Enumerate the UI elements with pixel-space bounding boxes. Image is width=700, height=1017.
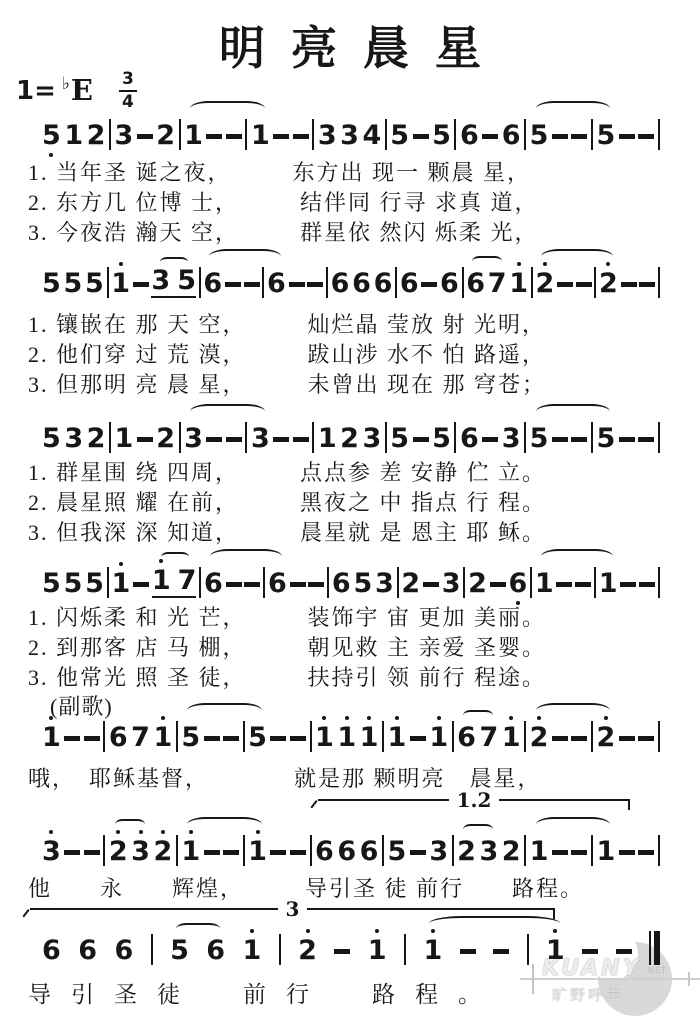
volta-line bbox=[307, 908, 555, 910]
barline bbox=[658, 567, 660, 598]
note: 5 bbox=[596, 122, 615, 149]
note: 5 bbox=[390, 122, 409, 149]
octave-dot-above bbox=[306, 929, 310, 933]
volta-line bbox=[30, 908, 278, 910]
duration-dash bbox=[552, 736, 568, 741]
barline bbox=[243, 835, 245, 866]
music-line-refrain-1: 1671551111167122 bbox=[42, 702, 660, 752]
barline bbox=[594, 267, 596, 298]
note: 5 bbox=[432, 425, 451, 452]
duration-dash bbox=[290, 736, 306, 741]
tie-arc bbox=[536, 817, 610, 832]
note: 1 bbox=[315, 724, 334, 751]
note: 6 bbox=[332, 570, 351, 597]
note: 3 bbox=[429, 838, 448, 865]
barline bbox=[176, 835, 178, 866]
tie-arc bbox=[536, 404, 610, 419]
octave-dot-above bbox=[49, 830, 53, 834]
duration-dash bbox=[223, 736, 239, 741]
barline bbox=[243, 721, 245, 752]
note: 1 bbox=[423, 937, 442, 964]
duration-dash bbox=[571, 134, 587, 139]
octave-dot-above bbox=[543, 262, 547, 266]
barline bbox=[395, 267, 397, 298]
octave-dot-above bbox=[161, 716, 165, 720]
final-barline bbox=[649, 931, 660, 965]
note: 1 bbox=[42, 724, 61, 751]
tie-arc bbox=[536, 101, 610, 116]
tie-arc bbox=[209, 249, 281, 264]
octave-dot-above bbox=[189, 830, 193, 834]
note: 7 bbox=[479, 724, 498, 751]
note: 3 bbox=[114, 122, 133, 149]
note: 1 bbox=[153, 724, 172, 751]
note: 1 bbox=[535, 570, 554, 597]
note: 6 bbox=[267, 270, 286, 297]
note: 5 bbox=[42, 570, 61, 597]
octave-dot-above bbox=[367, 716, 371, 720]
note: 2 bbox=[535, 270, 554, 297]
note: 2 bbox=[502, 838, 521, 865]
note: 6 bbox=[502, 122, 521, 149]
note: 6 bbox=[206, 937, 225, 964]
duration-dash bbox=[571, 850, 587, 855]
note: 6 bbox=[42, 937, 61, 964]
duration-dash bbox=[552, 437, 568, 442]
slur-arc bbox=[463, 710, 493, 721]
note: 6 bbox=[315, 838, 334, 865]
note: 5 bbox=[248, 724, 267, 751]
duration-dash bbox=[290, 850, 306, 855]
stanza-2: 1. 镶嵌在 那 天 空， 灿烂晶 莹放 射 光明，2. 他们穿 过 荒 漠， … bbox=[28, 310, 546, 400]
octave-dot-below bbox=[49, 153, 53, 157]
watermark-cross-icon bbox=[532, 964, 534, 994]
barline bbox=[199, 267, 201, 298]
note: 2 bbox=[109, 838, 128, 865]
note: 6 bbox=[460, 122, 479, 149]
note: 1 bbox=[318, 425, 337, 452]
note: 1 bbox=[184, 122, 203, 149]
note: 1 bbox=[502, 724, 521, 751]
volta-bracket-3: 3 bbox=[30, 905, 555, 921]
barline bbox=[591, 119, 593, 150]
beamed-group: 17 bbox=[152, 567, 197, 598]
octave-dot-above bbox=[604, 716, 608, 720]
octave-dot-above bbox=[119, 262, 123, 266]
note: 5 bbox=[42, 270, 61, 297]
note: 1 bbox=[387, 724, 406, 751]
note: 6 bbox=[457, 724, 476, 751]
volta-label: 3 bbox=[278, 899, 308, 919]
note: 1 bbox=[546, 937, 565, 964]
note: 3 bbox=[42, 838, 61, 865]
note: 3 bbox=[318, 122, 337, 149]
lyric-line: 1. 群星围 绕 四周， 点点参 差 安静 伫 立。 bbox=[28, 458, 546, 488]
duration-dash bbox=[270, 736, 286, 741]
octave-dot-above bbox=[322, 716, 326, 720]
octave-dot-above bbox=[375, 929, 379, 933]
duration-dash bbox=[133, 282, 149, 287]
duration-dash bbox=[482, 437, 498, 442]
barline bbox=[452, 835, 454, 866]
note: 5 bbox=[432, 122, 451, 149]
tie-arc bbox=[190, 101, 265, 116]
volta-bracket-1-2: 1.2 bbox=[318, 796, 630, 812]
duration-dash bbox=[64, 850, 80, 855]
note: 1 bbox=[599, 570, 618, 597]
duration-dash bbox=[307, 282, 323, 287]
note: 6 bbox=[360, 838, 379, 865]
barline bbox=[109, 119, 111, 150]
barline bbox=[397, 567, 399, 598]
octave-dot-above bbox=[431, 929, 435, 933]
octave-dot-above bbox=[116, 830, 120, 834]
duration-dash bbox=[619, 850, 635, 855]
note: 5 bbox=[530, 425, 549, 452]
duration-dash bbox=[638, 134, 654, 139]
note: 6 bbox=[203, 270, 222, 297]
note: 7 bbox=[488, 270, 507, 297]
watermark-chinese: 旷野呼声 bbox=[552, 984, 624, 1005]
duration-dash bbox=[582, 949, 598, 954]
barline bbox=[658, 422, 660, 453]
octave-dot-above bbox=[517, 262, 521, 266]
note: 2 bbox=[298, 937, 317, 964]
duration-dash bbox=[423, 582, 439, 587]
time-top: 3 bbox=[119, 70, 137, 92]
note: 3 bbox=[131, 838, 150, 865]
note: 5 bbox=[530, 122, 549, 149]
barline bbox=[312, 422, 314, 453]
note: 1 bbox=[360, 724, 379, 751]
duration-dash bbox=[273, 134, 289, 139]
duration-dash bbox=[293, 437, 309, 442]
note: 3 bbox=[251, 425, 270, 452]
duration-dash bbox=[223, 850, 239, 855]
duration-dash bbox=[639, 282, 655, 287]
note: 2 bbox=[156, 425, 175, 452]
barline bbox=[327, 567, 329, 598]
duration-dash bbox=[575, 582, 591, 587]
barline bbox=[385, 422, 387, 453]
barline bbox=[263, 567, 265, 598]
note: 5 bbox=[596, 425, 615, 452]
duration-dash bbox=[616, 949, 632, 954]
note: 1 bbox=[111, 270, 130, 297]
note: 3 bbox=[442, 570, 461, 597]
octave-dot-above bbox=[437, 716, 441, 720]
duration-dash bbox=[621, 282, 637, 287]
stanza-4: 1. 闪烁柔 和 光 芒， 装饰宇 宙 更加 美丽。2. 到那客 店 马 棚， … bbox=[28, 603, 546, 693]
note: 3 bbox=[375, 570, 394, 597]
note: 6 bbox=[440, 270, 459, 297]
tie-arc bbox=[210, 549, 282, 564]
lyric-line: 3. 但那明 亮 晨 星， 未曾出 现在 那 穹苍； bbox=[28, 370, 546, 400]
duration-dash bbox=[490, 582, 506, 587]
note: 2 bbox=[596, 724, 615, 751]
note: 6 bbox=[109, 724, 128, 751]
lyric-line: 2. 东方几 位博 士， 结伴同 行寻 求真 道， bbox=[28, 188, 539, 218]
volta-line bbox=[318, 799, 449, 801]
note: 2 bbox=[153, 838, 172, 865]
watermark-plus-icon bbox=[688, 972, 690, 986]
duration-dash bbox=[244, 282, 260, 287]
barline bbox=[179, 119, 181, 150]
note: 6 bbox=[268, 570, 287, 597]
note: 3 bbox=[362, 425, 381, 452]
barline bbox=[530, 567, 532, 598]
duration-dash bbox=[557, 282, 573, 287]
duration-dash bbox=[133, 582, 149, 587]
barline bbox=[658, 119, 660, 150]
duration-dash bbox=[410, 850, 426, 855]
note: 5 bbox=[42, 122, 61, 149]
tie-arc bbox=[187, 817, 262, 832]
duration-dash bbox=[226, 582, 242, 587]
duration-dash bbox=[619, 736, 635, 741]
barline bbox=[312, 119, 314, 150]
barline bbox=[151, 934, 153, 965]
note: 6 bbox=[114, 937, 133, 964]
note: 2 bbox=[87, 122, 106, 149]
barline bbox=[179, 422, 181, 453]
duration-dash bbox=[571, 736, 587, 741]
duration-dash bbox=[84, 736, 100, 741]
note: 5 bbox=[42, 425, 61, 452]
note: 6 bbox=[204, 570, 223, 597]
hymn-sheet-page: KUANY NET 旷野呼声 明亮晨星 1= ♭ E 3 4 512321133… bbox=[0, 0, 700, 1017]
barline bbox=[524, 721, 526, 752]
lyric-line: 2. 到那客 店 马 棚， 朝见救 主 亲爱 圣婴。 bbox=[28, 633, 546, 663]
barline bbox=[454, 422, 456, 453]
barline bbox=[382, 721, 384, 752]
duration-dash bbox=[84, 850, 100, 855]
note: 5 bbox=[353, 570, 372, 597]
note: 5 bbox=[387, 838, 406, 865]
note: 6 bbox=[337, 838, 356, 865]
octave-dot-above bbox=[395, 716, 399, 720]
note: 3 bbox=[151, 267, 170, 294]
lyric-line: 3. 但我深 深 知道， 晨星就 是 恩主 耶 稣。 bbox=[28, 518, 546, 548]
note: 2 bbox=[340, 425, 359, 452]
music-line-2: 555135666666667122 bbox=[42, 248, 660, 298]
barline bbox=[452, 721, 454, 752]
note: 1 bbox=[243, 937, 262, 964]
note: 2 bbox=[156, 122, 175, 149]
barline bbox=[326, 267, 328, 298]
barline bbox=[591, 422, 593, 453]
flat-symbol: ♭ bbox=[62, 76, 70, 93]
barline bbox=[404, 934, 406, 965]
music-line-3: 5321233123556355 bbox=[42, 403, 660, 453]
duration-dash bbox=[413, 134, 429, 139]
note: 2 bbox=[468, 570, 487, 597]
note: 5 bbox=[64, 270, 83, 297]
duration-dash bbox=[308, 582, 324, 587]
music-line-refrain-2: 3232116665323211 bbox=[42, 816, 660, 866]
note: 1 bbox=[596, 838, 615, 865]
tie-arc bbox=[190, 404, 265, 419]
lyric-line: 1. 当年圣 诞之夜， 东方出 现一 颗晨 星， bbox=[28, 158, 539, 188]
beamed-group: 35 bbox=[151, 267, 196, 298]
note: 1 bbox=[429, 724, 448, 751]
barline bbox=[454, 119, 456, 150]
barline bbox=[107, 267, 109, 298]
note: 4 bbox=[362, 122, 381, 149]
barline bbox=[279, 934, 281, 965]
slur-arc bbox=[160, 257, 188, 267]
slur-arc bbox=[463, 824, 493, 835]
music-line-1: 5123211334556655 bbox=[42, 100, 660, 150]
duration-dash bbox=[204, 736, 220, 741]
note: 6 bbox=[400, 270, 419, 297]
barline bbox=[245, 422, 247, 453]
barline bbox=[524, 422, 526, 453]
note: 1 bbox=[530, 838, 549, 865]
barline bbox=[103, 721, 105, 752]
lyric-line: 1. 闪烁柔 和 光 芒， 装饰宇 宙 更加 美丽。 bbox=[28, 603, 546, 633]
note: 6 bbox=[352, 270, 371, 297]
note: 3 bbox=[479, 838, 498, 865]
duration-dash bbox=[619, 134, 635, 139]
barline bbox=[524, 835, 526, 866]
note: 1 bbox=[181, 838, 200, 865]
note: 1 bbox=[112, 570, 131, 597]
note: 5 bbox=[181, 724, 200, 751]
note: 2 bbox=[87, 425, 106, 452]
octave-dot-above bbox=[119, 562, 123, 566]
lyric-line: 2. 晨星照 耀 在前， 黑夜之 中 指点 行 程。 bbox=[28, 488, 546, 518]
duration-dash bbox=[289, 282, 305, 287]
note: 6 bbox=[466, 270, 485, 297]
duration-dash bbox=[576, 282, 592, 287]
duration-dash bbox=[493, 949, 509, 954]
note: 6 bbox=[78, 937, 97, 964]
volta-label: 1.2 bbox=[449, 790, 500, 810]
barline bbox=[591, 835, 593, 866]
duration-dash bbox=[619, 437, 635, 442]
duration-dash bbox=[571, 437, 587, 442]
note: 6 bbox=[331, 270, 350, 297]
stanza-3: 1. 群星围 绕 四周， 点点参 差 安静 伫 立。2. 晨星照 耀 在前， 黑… bbox=[28, 458, 546, 548]
barline bbox=[176, 721, 178, 752]
note: 1 bbox=[152, 567, 171, 594]
note: 1 bbox=[248, 838, 267, 865]
octave-dot-above bbox=[553, 929, 557, 933]
note: 1 bbox=[64, 122, 83, 149]
duration-dash bbox=[270, 850, 286, 855]
duration-dash bbox=[638, 850, 654, 855]
duration-dash bbox=[206, 134, 222, 139]
slur-arc bbox=[176, 923, 220, 934]
duration-dash bbox=[334, 949, 350, 954]
octave-dot-above bbox=[161, 830, 165, 834]
note: 2 bbox=[401, 570, 420, 597]
duration-dash bbox=[137, 134, 153, 139]
note: 3 bbox=[184, 425, 203, 452]
lyric-line: 3. 他常光 照 圣 徒， 扶持引 领 前行 程途。 bbox=[28, 663, 546, 693]
note: 7 bbox=[178, 567, 197, 594]
barline bbox=[103, 835, 105, 866]
note: 7 bbox=[131, 724, 150, 751]
barline bbox=[463, 567, 465, 598]
duration-dash bbox=[293, 134, 309, 139]
duration-dash bbox=[244, 582, 260, 587]
watermark-net: NET bbox=[648, 966, 667, 975]
duration-dash bbox=[137, 437, 153, 442]
note: 1 bbox=[337, 724, 356, 751]
duration-dash bbox=[226, 437, 242, 442]
music-line-4: 55511766653232611 bbox=[42, 548, 660, 598]
music-line-final: 6665612111 bbox=[42, 915, 660, 965]
barline bbox=[658, 835, 660, 866]
barline bbox=[658, 721, 660, 752]
note: 3 bbox=[64, 425, 83, 452]
octave-dot-above bbox=[250, 929, 254, 933]
lyric-line: 1. 镶嵌在 那 天 空， 灿烂晶 莹放 射 光明， bbox=[28, 310, 546, 340]
barline bbox=[107, 567, 109, 598]
duration-dash bbox=[552, 134, 568, 139]
tie-arc bbox=[541, 249, 613, 264]
barline bbox=[524, 119, 526, 150]
octave-dot-above bbox=[139, 830, 143, 834]
duration-dash bbox=[410, 736, 426, 741]
note: 5 bbox=[64, 570, 83, 597]
octave-dot-above bbox=[256, 830, 260, 834]
note: 3 bbox=[502, 425, 521, 452]
barline bbox=[591, 721, 593, 752]
note: 5 bbox=[85, 570, 104, 597]
note: 2 bbox=[599, 270, 618, 297]
lyric-line: 2. 他们穿 过 荒 漠， 跋山涉 水不 怕 路遥， bbox=[28, 340, 546, 370]
final-lyric: 导引圣徒 前行 路程。 bbox=[28, 976, 501, 1009]
note: 1 bbox=[114, 425, 133, 452]
note: 6 bbox=[508, 570, 527, 597]
slur-arc bbox=[115, 819, 145, 830]
barline bbox=[382, 835, 384, 866]
duration-dash bbox=[460, 949, 476, 954]
duration-dash bbox=[638, 736, 654, 741]
note: 2 bbox=[530, 724, 549, 751]
stanza-1: 1. 当年圣 诞之夜， 东方出 现一 颗晨 星，2. 东方几 位博 士， 结伴同… bbox=[28, 158, 539, 248]
barline bbox=[527, 934, 529, 965]
tie-arc bbox=[187, 703, 262, 718]
barline bbox=[245, 119, 247, 150]
note: 6 bbox=[460, 425, 479, 452]
note: 3 bbox=[340, 122, 359, 149]
note: 5 bbox=[177, 267, 196, 294]
duration-dash bbox=[204, 850, 220, 855]
duration-dash bbox=[552, 850, 568, 855]
page-title: 明亮晨星 bbox=[0, 12, 700, 78]
note: 5 bbox=[170, 937, 189, 964]
duration-dash bbox=[273, 437, 289, 442]
tie-arc bbox=[536, 703, 610, 718]
barline bbox=[462, 267, 464, 298]
volta-line bbox=[499, 799, 630, 801]
note: 5 bbox=[85, 270, 104, 297]
duration-dash bbox=[620, 582, 636, 587]
duration-dash bbox=[638, 437, 654, 442]
note: 1 bbox=[251, 122, 270, 149]
lyric-line: 3. 今夜浩 瀚天 空， 群星依 然闪 烁柔 光， bbox=[28, 218, 539, 248]
barline bbox=[594, 567, 596, 598]
note: 2 bbox=[457, 838, 476, 865]
duration-dash bbox=[556, 582, 572, 587]
note: 1 bbox=[368, 937, 387, 964]
duration-dash bbox=[639, 582, 655, 587]
barline bbox=[262, 267, 264, 298]
